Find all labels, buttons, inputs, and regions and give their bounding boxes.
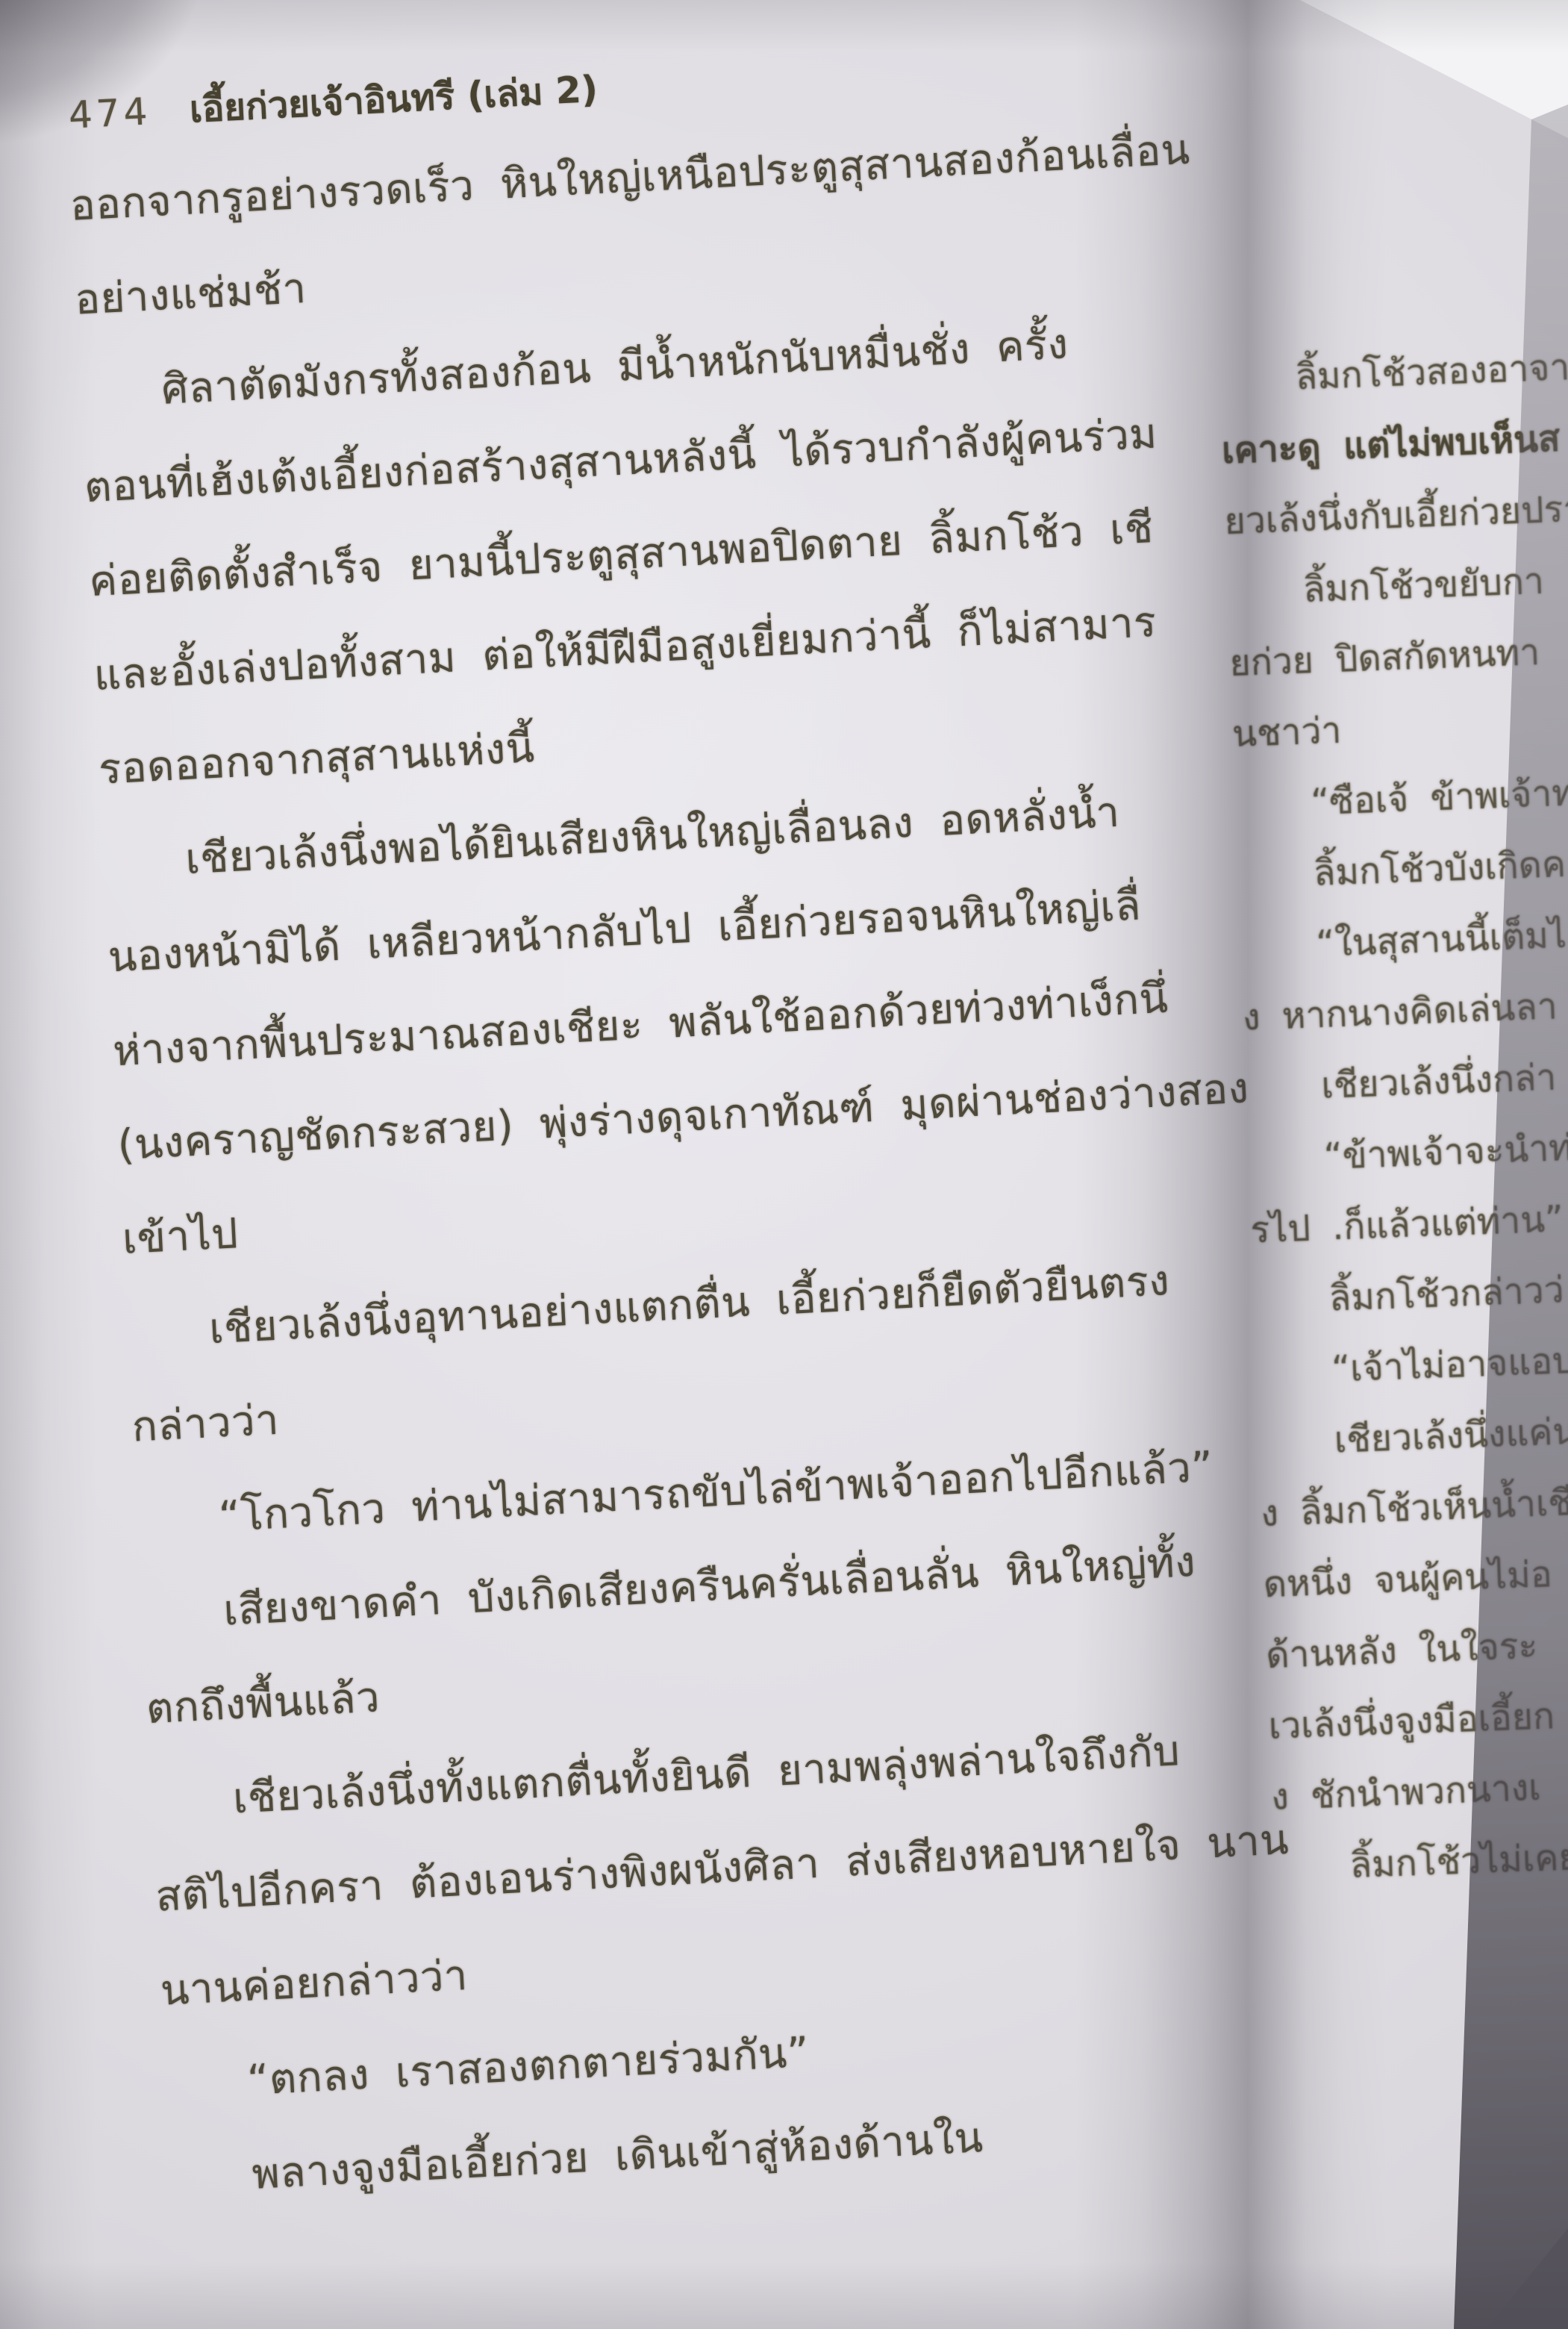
text-line-fragment: เชียวเล้งนึ่งแค่น	[1257, 1393, 1568, 1479]
text-line-fragment: ง ชักนำพวกนางเ	[1270, 1747, 1568, 1833]
text-line-fragment: ดหนึ่ง จนผู้คนไม่อ	[1262, 1535, 1568, 1621]
text-line-fragment: ยวเล้งนึ่งกับเอี้ยก่วยปรา	[1223, 472, 1568, 558]
text-line-fragment: ลิ้มกโช้วสองอาจา	[1218, 330, 1568, 416]
book-title: เอี้ยก่วยเจ้าอินทรี (เล่ม 2)	[188, 60, 599, 139]
text-line-fragment: ยก่วย ปิดสกัดหนทา	[1228, 614, 1568, 699]
text-line-fragment: “ในสุสานนี้เต็มไ	[1239, 897, 1568, 983]
text-line-fragment: ง หากนางคิดเล่นลา	[1241, 968, 1568, 1054]
text-line-fragment: ลิ้มกโช้วบังเกิดค	[1236, 826, 1568, 912]
page-number: 474	[68, 90, 152, 137]
text-line-fragment: ง ลิ้มกโช้วเห็นน้ำเชี	[1260, 1464, 1568, 1550]
text-line-fragment: รไป .ก็แล้วแต่ท่าน”	[1249, 1180, 1568, 1266]
text-line-fragment: ด้านหลัง ในใจระ	[1265, 1606, 1568, 1692]
text-line-fragment: เวเล้งนึ่งจูงมือเอี้ยก	[1267, 1677, 1568, 1762]
right-page: ลิ้มกโช้วสองอาจา เคาะดู แต่ไม่พบเห็นส ยว…	[1218, 330, 1568, 1904]
text-line-fragment: “เจ้าไม่อาจแอบ	[1255, 1322, 1568, 1408]
text-line-fragment: นชาว่า	[1231, 685, 1568, 770]
left-page: 474 เอี้ยก่วยเจ้าอินทรี (เล่ม 2) ออกจากร…	[64, 28, 1339, 2227]
text-line-fragment: เคาะดู แต่ไม่พบเห็นส	[1220, 401, 1568, 487]
book-photo: 474 เอี้ยก่วยเจ้าอินทรี (เล่ม 2) ออกจากร…	[0, 0, 1568, 2329]
left-page-text: ออกจากรูอย่างรวดเร็ว หินใหญ่เหนือประตูสุ…	[68, 101, 1339, 2227]
text-line-fragment: “ข้าพเจ้าจะนำท่	[1246, 1110, 1568, 1196]
